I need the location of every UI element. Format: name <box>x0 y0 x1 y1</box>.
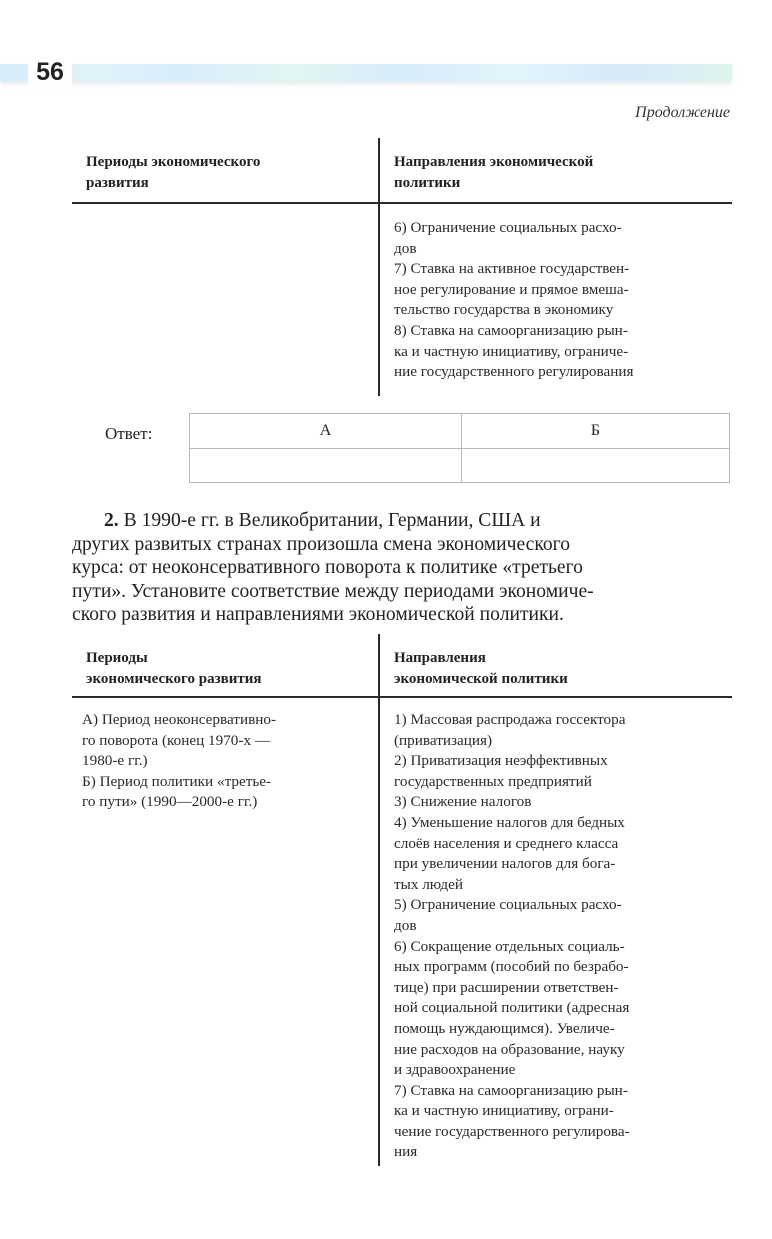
text-line: 7) Ставка на самоорганизацию рын- <box>394 1081 730 1102</box>
task-2-text: 2. В 1990-е гг. в Великобритании, Герман… <box>72 509 730 627</box>
text-line: помощь нуждающимся). Увеличе- <box>394 1019 730 1040</box>
text-line: го поворота (конец 1970-х — <box>82 731 364 752</box>
text-line: дов <box>394 916 730 937</box>
text-line: государственных предприятий <box>394 772 730 793</box>
text-line: тых людей <box>394 875 730 896</box>
answer-cell-a[interactable] <box>190 449 461 482</box>
column-divider <box>378 634 380 1166</box>
text-line: дов <box>394 239 730 260</box>
text-line: и здравоохранение <box>394 1060 730 1081</box>
text-line: 4) Уменьшение налогов для бедных <box>394 813 730 834</box>
header-directions: Направления экономической политики <box>394 648 724 690</box>
header-directions: Направления экономической политики <box>394 152 724 194</box>
text-line: при увеличении налогов для бога- <box>394 854 730 875</box>
text-line: Б) Период политики «третье- <box>82 772 364 793</box>
task-2-line: курса: от неоконсервативного поворота к … <box>72 557 583 578</box>
periods-list: А) Период неоконсервативно-го поворота (… <box>82 710 364 813</box>
directions-list: 6) Ограничение социальных расхо-дов7) Ст… <box>394 218 730 383</box>
text-line: чение государственного регулирова- <box>394 1122 730 1143</box>
text-line: А) Период неоконсервативно- <box>82 710 364 731</box>
text-line: слоёв населения и среднего класса <box>394 834 730 855</box>
text-line: 6) Сокращение отдельных социаль- <box>394 937 730 958</box>
answer-header-b: Б <box>462 414 729 448</box>
text-line: 1980-е гг.) <box>82 751 364 772</box>
text-line: ка и частную инициативу, ограни- <box>394 1101 730 1122</box>
text-line: (приватизация) <box>394 731 730 752</box>
page-header-band <box>0 64 732 81</box>
text-line: 7) Ставка на активное государствен- <box>394 259 730 280</box>
header-periods: Периоды экономического развития <box>86 648 366 690</box>
text-line: 6) Ограничение социальных расхо- <box>394 218 730 239</box>
text-line: 3) Снижение налогов <box>394 792 730 813</box>
text-line: 2) Приватизация неэффективных <box>394 751 730 772</box>
text-line: ных программ (пособий по безрабо- <box>394 957 730 978</box>
header-divider <box>72 202 732 204</box>
task-2-line: В 1990-е гг. в Великобритании, Германии,… <box>119 510 541 531</box>
answer-table: А Б <box>189 413 730 483</box>
text-line: тельство государства в экономику <box>394 300 730 321</box>
answer-label: Ответ: <box>105 424 152 444</box>
header-divider <box>72 696 732 698</box>
text-line: 1) Массовая распродажа госсектора <box>394 710 730 731</box>
text-line: го пути» (1990—2000-е гг.) <box>82 792 364 813</box>
directions-list: 1) Массовая распродажа госсектора(приват… <box>394 710 730 1163</box>
task-2-line: ского развития и направлениями экономиче… <box>72 604 564 625</box>
continued-label: Продолжение <box>635 104 730 122</box>
column-divider <box>378 138 380 396</box>
answer-header-a: А <box>190 414 461 448</box>
text-line: 8) Ставка на самоорганизацию рын- <box>394 321 730 342</box>
page-number: 56 <box>28 58 72 86</box>
text-line: 5) Ограничение социальных расхо- <box>394 895 730 916</box>
task-number-badge: 2. <box>104 509 119 533</box>
text-line: ной социальной политики (адресная <box>394 998 730 1019</box>
text-line: ние расходов на образование, науку <box>394 1040 730 1061</box>
task-2-line: других развитых странах произошла смена … <box>72 534 570 555</box>
text-line: ное регулирование и прямое вмеша- <box>394 280 730 301</box>
text-line: ка и частную инициативу, ограниче- <box>394 342 730 363</box>
task-2-line: пути». Установите соответствие между пер… <box>72 581 594 602</box>
header-periods: Периоды экономического развития <box>86 152 366 194</box>
text-line: тице) при расширении ответствен- <box>394 978 730 999</box>
answer-cell-b[interactable] <box>462 449 729 482</box>
text-line: ния <box>394 1142 730 1163</box>
text-line: ние государственного регулирования <box>394 362 730 383</box>
